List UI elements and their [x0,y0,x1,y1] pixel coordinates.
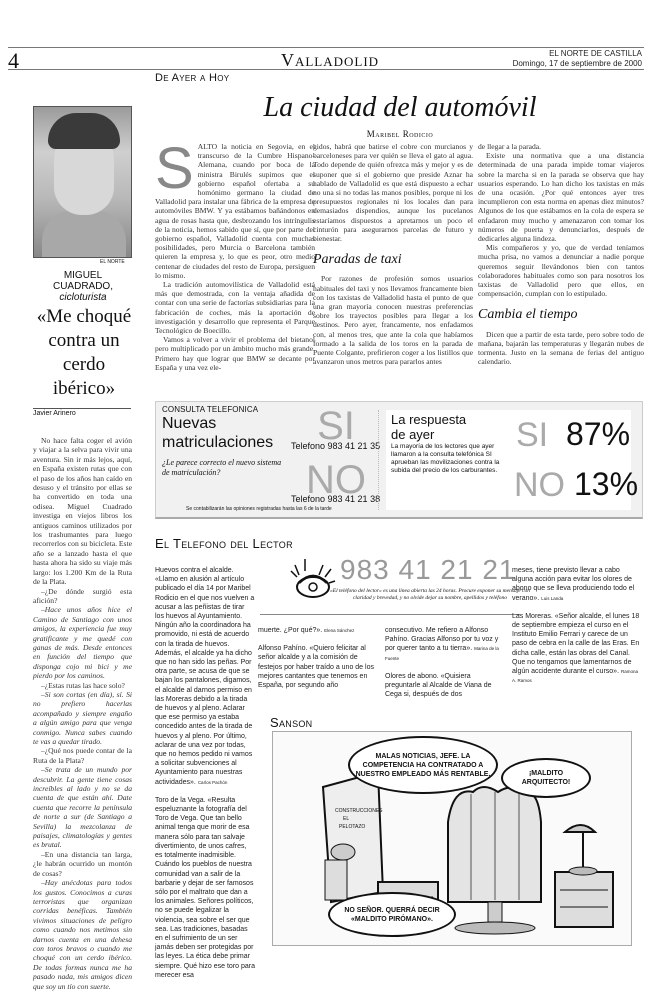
cartoon-section-title: Sanson [270,715,312,730]
result-no-label: NO [514,466,565,505]
letter: Olores de abono. «Quisiera preguntarle a… [385,672,505,700]
interview-question: –¿De dónde surgió esta afición? [33,587,132,606]
interview-paragraph: No hace falta coger el avión y viajar a … [33,436,132,587]
interview-answer: –Si son cortas (en día), sí. Si no prefi… [33,690,132,746]
interviewee-role: cicloturista [33,292,133,303]
article-headline: La ciudad del automóvil [150,92,650,124]
result-title: La respuesta de ayer [391,412,466,442]
svg-text:EL: EL [343,816,349,822]
author-rule [33,408,131,409]
article-paragraph: Existe una normativa que a una distancia… [478,151,644,243]
interview-answer: –Hay anécdotas para todos los gustos. Co… [33,878,132,991]
article-paragraph: Dicen que a partir de esta tarde, pero s… [478,330,644,367]
speech-bubble-2: ¡MALDITO ARQUITECTO! [501,758,591,798]
letter-signature: Carlos Pachón [198,780,228,785]
letters-phone-note: «El teléfono del lector» es una línea ab… [330,588,530,602]
letters-column-2: muerte. ¿Por qué?». Elena Sánchez Alfons… [258,626,378,699]
letter-signature: Elena Sánchez [324,628,354,633]
svg-text:PELOTAZO: PELOTAZO [339,824,365,830]
letter: Huevos contra el alcalde. «Llamo en alus… [155,566,255,787]
issue-date: Domingo, 17 de septiembre de 2000 [513,59,642,69]
letter: consecutivo. Me refiero a Alfonso Pahíno… [385,626,505,663]
letter-text: Las Moreras. «Señor alcalde, el lunes 18… [512,613,639,675]
photo-hair [48,113,120,149]
photo-shoulders [42,211,126,258]
interview-question: –¿Estas rutas las hace solo? [33,681,132,690]
phone-poll-box: CONSULTA TELEFONICA Nuevas matriculacion… [155,401,643,519]
article-column-3: de llegar a la parada. Existe una normat… [478,142,644,366]
masthead: EL NORTE DE CASTILLA Domingo, 17 de sept… [513,49,642,69]
letter: muerte. ¿Por qué?». Elena Sánchez [258,626,378,635]
letter-text: meses, tiene previsto llevar a cabo algu… [512,567,634,602]
article-paragraph: de llegar a la parada. [478,142,644,151]
interview-body: No hace falta coger el avión y viajar a … [33,436,132,991]
speech-bubble-3: NO SEÑOR. QUERRÁ DECIR «MALDITO PIRÓMANO… [328,892,456,937]
letter-text: muerte. ¿Por qué?». [258,627,322,634]
poll-yes-phone: Telefono 983 41 21 35 [291,441,380,451]
name-line-2: CUADRADO, [33,281,133,292]
result-text: La mayoría de los lectores que ayer llam… [391,443,501,475]
interview-question: –¿Qué nos puede contar de la Ruta de la … [33,746,132,765]
letter: Las Moreras. «Señor alcalde, el lunes 18… [512,612,642,686]
article-column-2: gidos, habrá que batirse el cobre con mu… [313,142,473,366]
subhead-taxi: Paradas de taxi [313,255,473,264]
letter: Toro de la Vega. «Resulta espeluznante l… [155,796,255,980]
article-column-1: S ALTO la noticia en Segovia, en el tran… [155,142,315,372]
interviewee-photo [33,106,132,258]
poll-result-panel: La respuesta de ayer La mayoría de los l… [386,410,631,510]
poll-title-line-2: matriculaciones [162,433,273,452]
poll-yes-label: SI [291,406,381,446]
interviewee-name: MIGUEL CUADRADO, cicloturista [33,270,133,303]
letters-section-title: El Telefono del Lector [155,536,293,551]
letter: meses, tiene previsto llevar a cabo algu… [512,566,642,603]
article-paragraph: La tradición automovilística de Valladol… [155,280,315,335]
letter-text: Alfonso Pahíno. «Quiero felicitar al señ… [258,645,374,689]
letters-column-3: consecutivo. Me refiero a Alfonso Pahíno… [385,626,505,708]
header-top-rule [8,47,644,48]
letters-rule [260,614,520,615]
poll-title-line-1: Nuevas [162,414,273,433]
editorial-cartoon: CONSTRUCCIONES EL PELOTAZO MALAS NOTICIA… [272,731,632,946]
drop-cap: S [155,144,194,194]
speech-bubble-1: MALAS NOTICIAS, JEFE. LA COMPETENCIA HA … [348,736,498,794]
letter: Alfonso Pahíno. «Quiero felicitar al señ… [258,644,378,690]
article-paragraph: Por razones de profesión somos usuarios … [313,274,473,366]
name-line-1: MIGUEL [33,270,133,281]
result-title-line-2: de ayer [391,427,466,442]
poll-question: ¿Le parece correcto el nuevo sistema de … [162,458,282,478]
interview-author: Javier Arinero [33,410,76,417]
letter-text: Toro de la Vega. «Resulta espeluznante l… [155,797,255,979]
result-no-percent: 13% [574,466,638,503]
result-yes-percent: 87% [566,416,630,453]
letter-text: Olores de abono. «Quisiera preguntarle a… [385,673,492,698]
paper-name: EL NORTE DE CASTILLA [513,49,642,59]
poll-note: Se contabilizarán las opiniones registra… [186,506,332,512]
letter-text: Huevos contra el alcalde. «Llamo en alus… [155,567,254,786]
result-title-line-1: La respuesta [391,412,466,427]
poll-no-phone: Telefono 983 41 21 38 [291,494,380,504]
poll-divider [378,410,379,510]
article-paragraph: Mis compañeros y yo, que de verdad tenía… [478,243,644,298]
section-name: Valladolid [230,50,430,71]
interview-answer: –Hace unos años hice el Camino de Santia… [33,605,132,680]
photo-credit: EL NORTE [100,259,125,265]
page-number: 4 [8,48,19,74]
interview-question: –En una distancia tan larga, ¿le habrán … [33,850,132,878]
letters-phone-number: 983 41 21 21 [340,554,516,586]
pull-quote: «Me choqué contra un cerdo ibérico» [30,305,138,401]
letter-signature: Luis Landa [541,596,563,601]
letters-column-1: Huevos contra el alcalde. «Llamo en alus… [155,566,255,989]
article-byline: Maribel Rodicio [150,129,650,139]
result-yes-label: SI [516,416,548,455]
poll-title: Nuevas matriculaciones [162,414,273,452]
subhead-weather: Cambia el tiempo [478,310,644,319]
header-bottom-rule [8,69,644,70]
svg-text:CONSTRUCCIONES: CONSTRUCCIONES [335,808,383,814]
article-paragraph: gidos, habrá que batirse el cobre con mu… [313,142,473,243]
column-kicker: De Ayer a Hoy [155,72,229,84]
letters-column-4: meses, tiene previsto llevar a cabo algu… [512,566,642,694]
article-paragraph: Vamos a volver a vivir el problema del b… [155,335,315,372]
poll-tag: CONSULTA TELEFONICA [162,405,258,414]
interview-answer: –Se trata de un mundo por descubrir. La … [33,765,132,850]
